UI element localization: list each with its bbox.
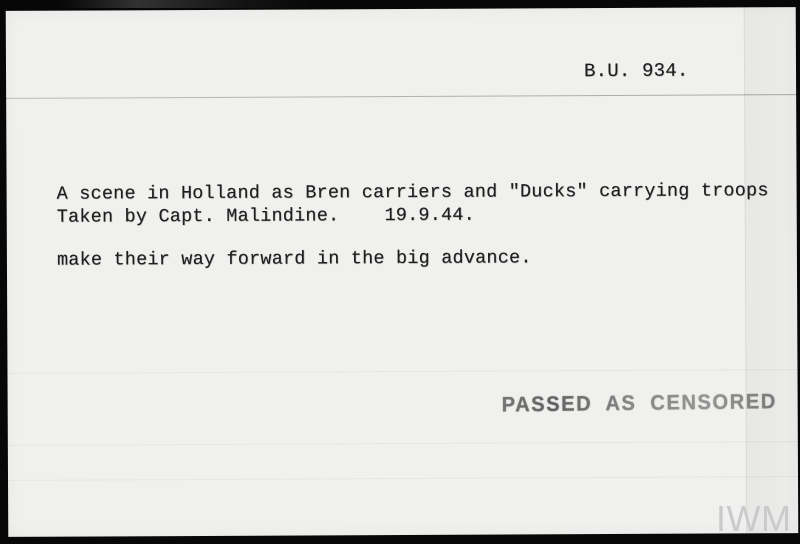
reference-number: B.U. 934. — [584, 60, 689, 83]
credit-line: Taken by Capt. Malindine. 19.9.44. — [57, 205, 475, 228]
scan-background: B.U. 934. A scene in Holland as Bren car… — [0, 0, 800, 544]
ruled-line — [6, 94, 796, 99]
caption-line-2: make their way forward in the big advanc… — [57, 246, 769, 271]
faint-scan-line — [8, 476, 798, 481]
caption-line-1: A scene in Holland as Bren carriers and … — [57, 180, 769, 205]
iwm-watermark: IWM — [716, 498, 791, 540]
faint-scan-line — [8, 441, 798, 446]
faint-scan-line — [7, 369, 797, 374]
caption-card: B.U. 934. A scene in Holland as Bren car… — [6, 7, 799, 537]
censor-stamp: PASSED AS CENSORED — [502, 390, 777, 417]
